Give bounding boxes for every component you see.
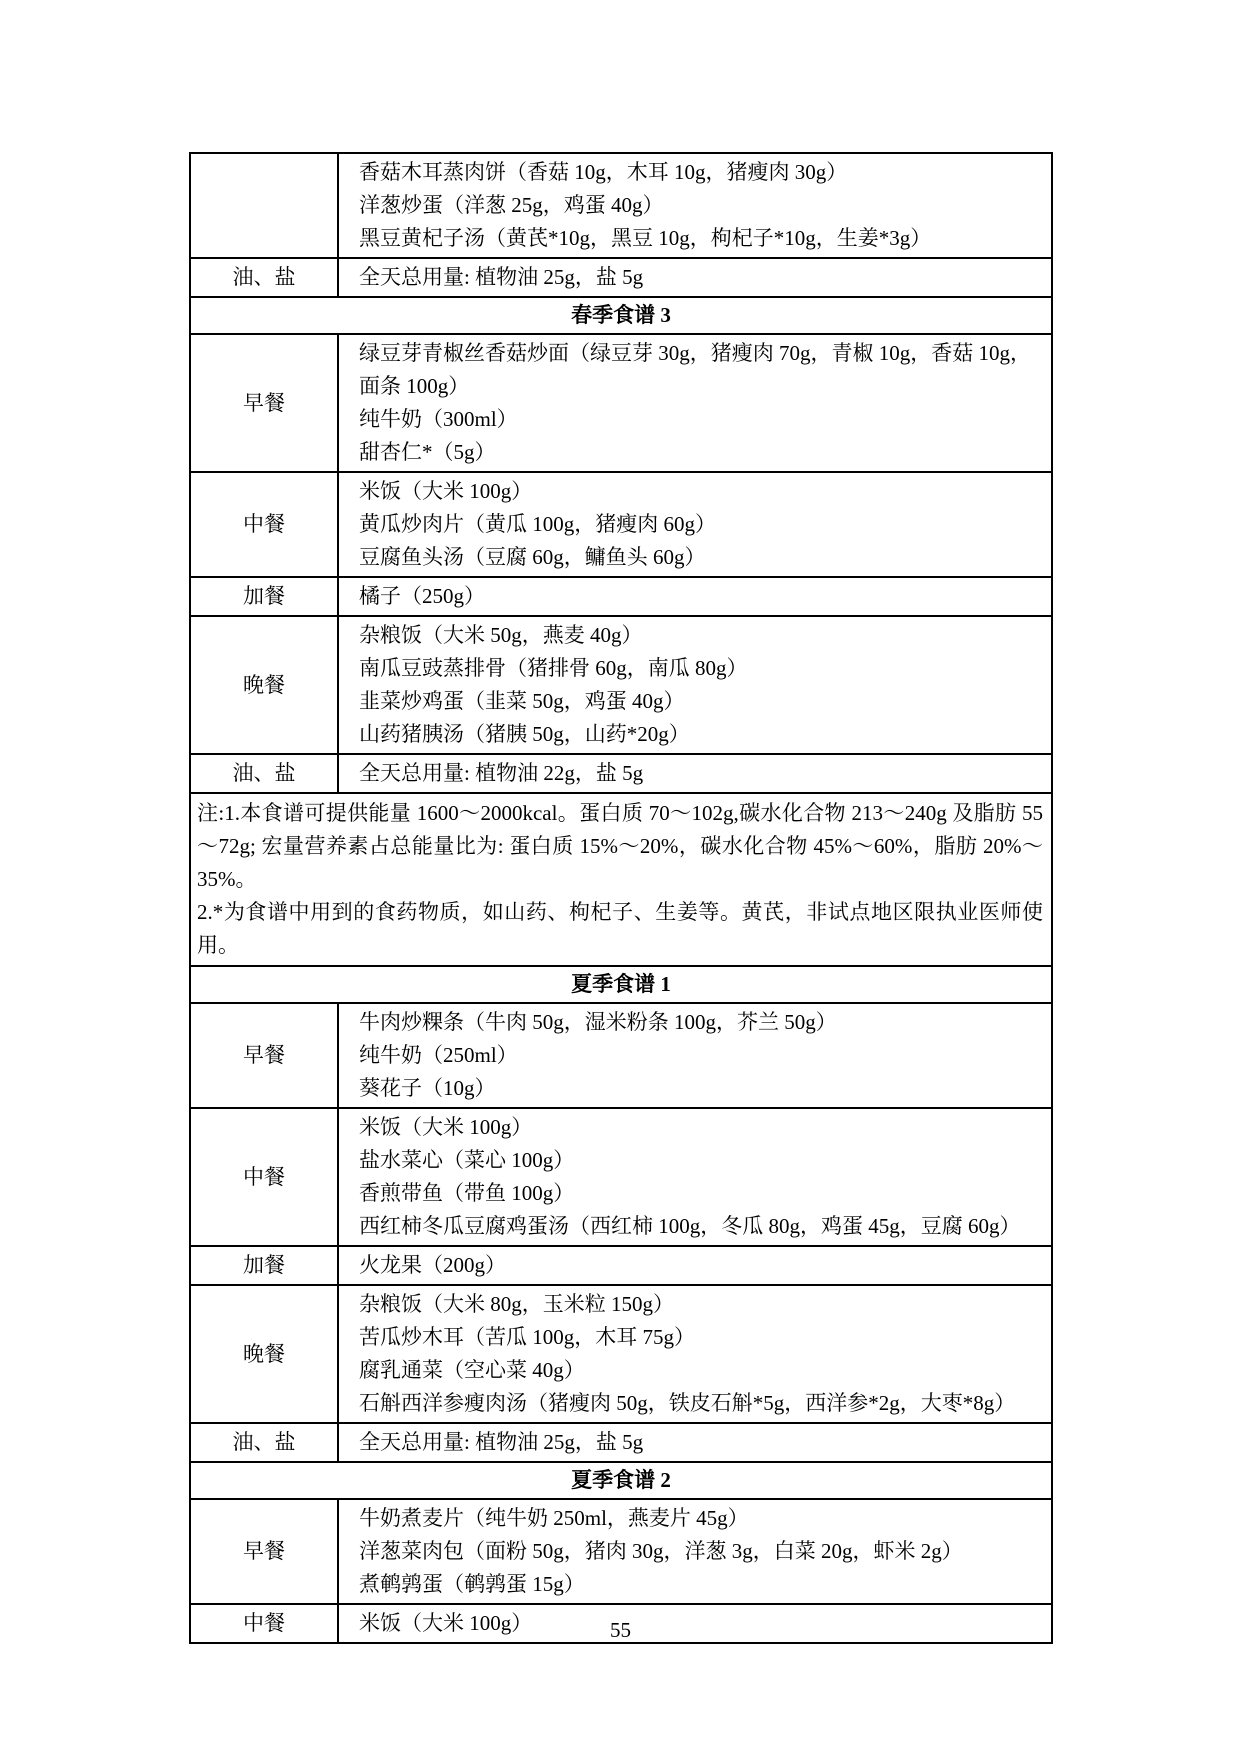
- meal-row: 早餐牛肉炒粿条（牛肉 50g，湿米粉条 100g，芥兰 50g）纯牛奶（250m…: [190, 1003, 1052, 1108]
- totals-row: 油、盐全天总用量: 植物油 25g，盐 5g: [190, 1423, 1052, 1462]
- meal-item: 石斛西洋参瘦肉汤（猪瘦肉 50g，铁皮石斛*5g，西洋参*2g，大枣*8g）: [359, 1387, 1041, 1420]
- meal-items: 牛奶煮麦片（纯牛奶 250ml，燕麦片 45g）洋葱菜肉包（面粉 50g，猪肉 …: [338, 1499, 1052, 1604]
- meal-label: 早餐: [190, 1499, 338, 1604]
- meal-items: 杂粮饭（大米 80g，玉米粒 150g）苦瓜炒木耳（苦瓜 100g，木耳 75g…: [338, 1285, 1052, 1423]
- meal-label: 加餐: [190, 577, 338, 616]
- meal-item: 全天总用量: 植物油 25g，盐 5g: [359, 1426, 1041, 1459]
- meal-label: [190, 153, 338, 258]
- meal-items: 火龙果（200g）: [338, 1246, 1052, 1285]
- page-number: 55: [0, 1618, 1241, 1643]
- meal-items: 全天总用量: 植物油 25g，盐 5g: [338, 258, 1052, 297]
- meal-item: 甜杏仁*（5g）: [359, 436, 1041, 469]
- note-text: 注:1.本食谱可提供能量 1600～2000kcal。蛋白质 70～102g,碳…: [190, 793, 1052, 966]
- meal-item: 绿豆芽青椒丝香菇炒面（绿豆芽 30g，猪瘦肉 70g，青椒 10g，香菇 10g…: [359, 337, 1041, 403]
- meal-label: 晚餐: [190, 616, 338, 754]
- meal-item: 杂粮饭（大米 50g，燕麦 40g）: [359, 619, 1041, 652]
- meal-row: 中餐米饭（大米 100g）盐水菜心（菜心 100g）香煎带鱼（带鱼 100g）西…: [190, 1108, 1052, 1246]
- meal-item: 米饭（大米 100g）: [359, 1111, 1041, 1144]
- meal-item: 纯牛奶（250ml）: [359, 1039, 1041, 1072]
- totals-row: 油、盐全天总用量: 植物油 25g，盐 5g: [190, 258, 1052, 297]
- note-paragraph: 2.*为食谱中用到的食药物质，如山药、枸杞子、生姜等。黄芪，非试点地区限执业医师…: [197, 896, 1043, 962]
- section-title: 夏季食谱 2: [190, 1462, 1052, 1499]
- meal-item: 腐乳通菜（空心菜 40g）: [359, 1354, 1041, 1387]
- meal-items: 牛肉炒粿条（牛肉 50g，湿米粉条 100g，芥兰 50g）纯牛奶（250ml）…: [338, 1003, 1052, 1108]
- meal-label: 加餐: [190, 1246, 338, 1285]
- meal-item: 黑豆黄杞子汤（黄芪*10g，黑豆 10g，枸杞子*10g，生姜*3g）: [359, 222, 1041, 255]
- meal-item: 杂粮饭（大米 80g，玉米粒 150g）: [359, 1288, 1041, 1321]
- meal-row: 早餐牛奶煮麦片（纯牛奶 250ml，燕麦片 45g）洋葱菜肉包（面粉 50g，猪…: [190, 1499, 1052, 1604]
- meal-row: 香菇木耳蒸肉饼（香菇 10g，木耳 10g，猪瘦肉 30g）洋葱炒蛋（洋葱 25…: [190, 153, 1052, 258]
- meal-item: 全天总用量: 植物油 22g，盐 5g: [359, 757, 1041, 790]
- meal-label: 中餐: [190, 1108, 338, 1246]
- meal-label: 早餐: [190, 334, 338, 472]
- meal-label: 油、盐: [190, 754, 338, 793]
- meal-item: 全天总用量: 植物油 25g，盐 5g: [359, 261, 1041, 294]
- meal-item: 橘子（250g）: [359, 580, 1041, 613]
- meal-label: 油、盐: [190, 1423, 338, 1462]
- meal-label: 中餐: [190, 472, 338, 577]
- meal-items: 绿豆芽青椒丝香菇炒面（绿豆芽 30g，猪瘦肉 70g，青椒 10g，香菇 10g…: [338, 334, 1052, 472]
- meal-row: 加餐橘子（250g）: [190, 577, 1052, 616]
- meal-items: 米饭（大米 100g）盐水菜心（菜心 100g）香煎带鱼（带鱼 100g）西红柿…: [338, 1108, 1052, 1246]
- meal-item: 洋葱炒蛋（洋葱 25g，鸡蛋 40g）: [359, 189, 1041, 222]
- meal-item: 南瓜豆豉蒸排骨（猪排骨 60g，南瓜 80g）: [359, 652, 1041, 685]
- meal-items: 全天总用量: 植物油 25g，盐 5g: [338, 1423, 1052, 1462]
- section-header-row: 春季食谱 3: [190, 297, 1052, 334]
- section-title: 春季食谱 3: [190, 297, 1052, 334]
- meal-item: 纯牛奶（300ml）: [359, 403, 1041, 436]
- meal-item: 山药猪胰汤（猪胰 50g，山药*20g）: [359, 718, 1041, 751]
- meal-item: 煮鹌鹑蛋（鹌鹑蛋 15g）: [359, 1568, 1041, 1601]
- section-header-row: 夏季食谱 1: [190, 966, 1052, 1003]
- meal-item: 西红柿冬瓜豆腐鸡蛋汤（西红柿 100g，冬瓜 80g，鸡蛋 45g，豆腐 60g…: [359, 1210, 1041, 1243]
- meal-item: 牛肉炒粿条（牛肉 50g，湿米粉条 100g，芥兰 50g）: [359, 1006, 1041, 1039]
- meal-items: 全天总用量: 植物油 22g，盐 5g: [338, 754, 1052, 793]
- meal-item: 米饭（大米 100g）: [359, 475, 1041, 508]
- meal-plan-table: 香菇木耳蒸肉饼（香菇 10g，木耳 10g，猪瘦肉 30g）洋葱炒蛋（洋葱 25…: [189, 152, 1053, 1644]
- meal-item: 香煎带鱼（带鱼 100g）: [359, 1177, 1041, 1210]
- meal-items: 杂粮饭（大米 50g，燕麦 40g）南瓜豆豉蒸排骨（猪排骨 60g，南瓜 80g…: [338, 616, 1052, 754]
- meal-item: 黄瓜炒肉片（黄瓜 100g，猪瘦肉 60g）: [359, 508, 1041, 541]
- section-title: 夏季食谱 1: [190, 966, 1052, 1003]
- document-page: 香菇木耳蒸肉饼（香菇 10g，木耳 10g，猪瘦肉 30g）洋葱炒蛋（洋葱 25…: [0, 0, 1241, 1754]
- meal-label: 早餐: [190, 1003, 338, 1108]
- meal-item: 洋葱菜肉包（面粉 50g，猪肉 30g，洋葱 3g，白菜 20g，虾米 2g）: [359, 1535, 1041, 1568]
- meal-item: 火龙果（200g）: [359, 1249, 1041, 1282]
- totals-row: 油、盐全天总用量: 植物油 22g，盐 5g: [190, 754, 1052, 793]
- meal-row: 早餐绿豆芽青椒丝香菇炒面（绿豆芽 30g，猪瘦肉 70g，青椒 10g，香菇 1…: [190, 334, 1052, 472]
- meal-label: 晚餐: [190, 1285, 338, 1423]
- meal-item: 牛奶煮麦片（纯牛奶 250ml，燕麦片 45g）: [359, 1502, 1041, 1535]
- meal-items: 香菇木耳蒸肉饼（香菇 10g，木耳 10g，猪瘦肉 30g）洋葱炒蛋（洋葱 25…: [338, 153, 1052, 258]
- meal-item: 韭菜炒鸡蛋（韭菜 50g，鸡蛋 40g）: [359, 685, 1041, 718]
- meal-label: 油、盐: [190, 258, 338, 297]
- note-row: 注:1.本食谱可提供能量 1600～2000kcal。蛋白质 70～102g,碳…: [190, 793, 1052, 966]
- meal-items: 米饭（大米 100g）黄瓜炒肉片（黄瓜 100g，猪瘦肉 60g）豆腐鱼头汤（豆…: [338, 472, 1052, 577]
- note-paragraph: 注:1.本食谱可提供能量 1600～2000kcal。蛋白质 70～102g,碳…: [197, 797, 1043, 896]
- meal-item: 葵花子（10g）: [359, 1072, 1041, 1105]
- meal-item: 香菇木耳蒸肉饼（香菇 10g，木耳 10g，猪瘦肉 30g）: [359, 156, 1041, 189]
- section-header-row: 夏季食谱 2: [190, 1462, 1052, 1499]
- meal-row: 晚餐杂粮饭（大米 50g，燕麦 40g）南瓜豆豉蒸排骨（猪排骨 60g，南瓜 8…: [190, 616, 1052, 754]
- meal-items: 橘子（250g）: [338, 577, 1052, 616]
- meal-item: 苦瓜炒木耳（苦瓜 100g，木耳 75g）: [359, 1321, 1041, 1354]
- meal-row: 加餐火龙果（200g）: [190, 1246, 1052, 1285]
- meal-row: 晚餐杂粮饭（大米 80g，玉米粒 150g）苦瓜炒木耳（苦瓜 100g，木耳 7…: [190, 1285, 1052, 1423]
- meal-item: 豆腐鱼头汤（豆腐 60g，鳙鱼头 60g）: [359, 541, 1041, 574]
- meal-item: 盐水菜心（菜心 100g）: [359, 1144, 1041, 1177]
- meal-table-body: 香菇木耳蒸肉饼（香菇 10g，木耳 10g，猪瘦肉 30g）洋葱炒蛋（洋葱 25…: [190, 153, 1052, 1643]
- meal-row: 中餐米饭（大米 100g）黄瓜炒肉片（黄瓜 100g，猪瘦肉 60g）豆腐鱼头汤…: [190, 472, 1052, 577]
